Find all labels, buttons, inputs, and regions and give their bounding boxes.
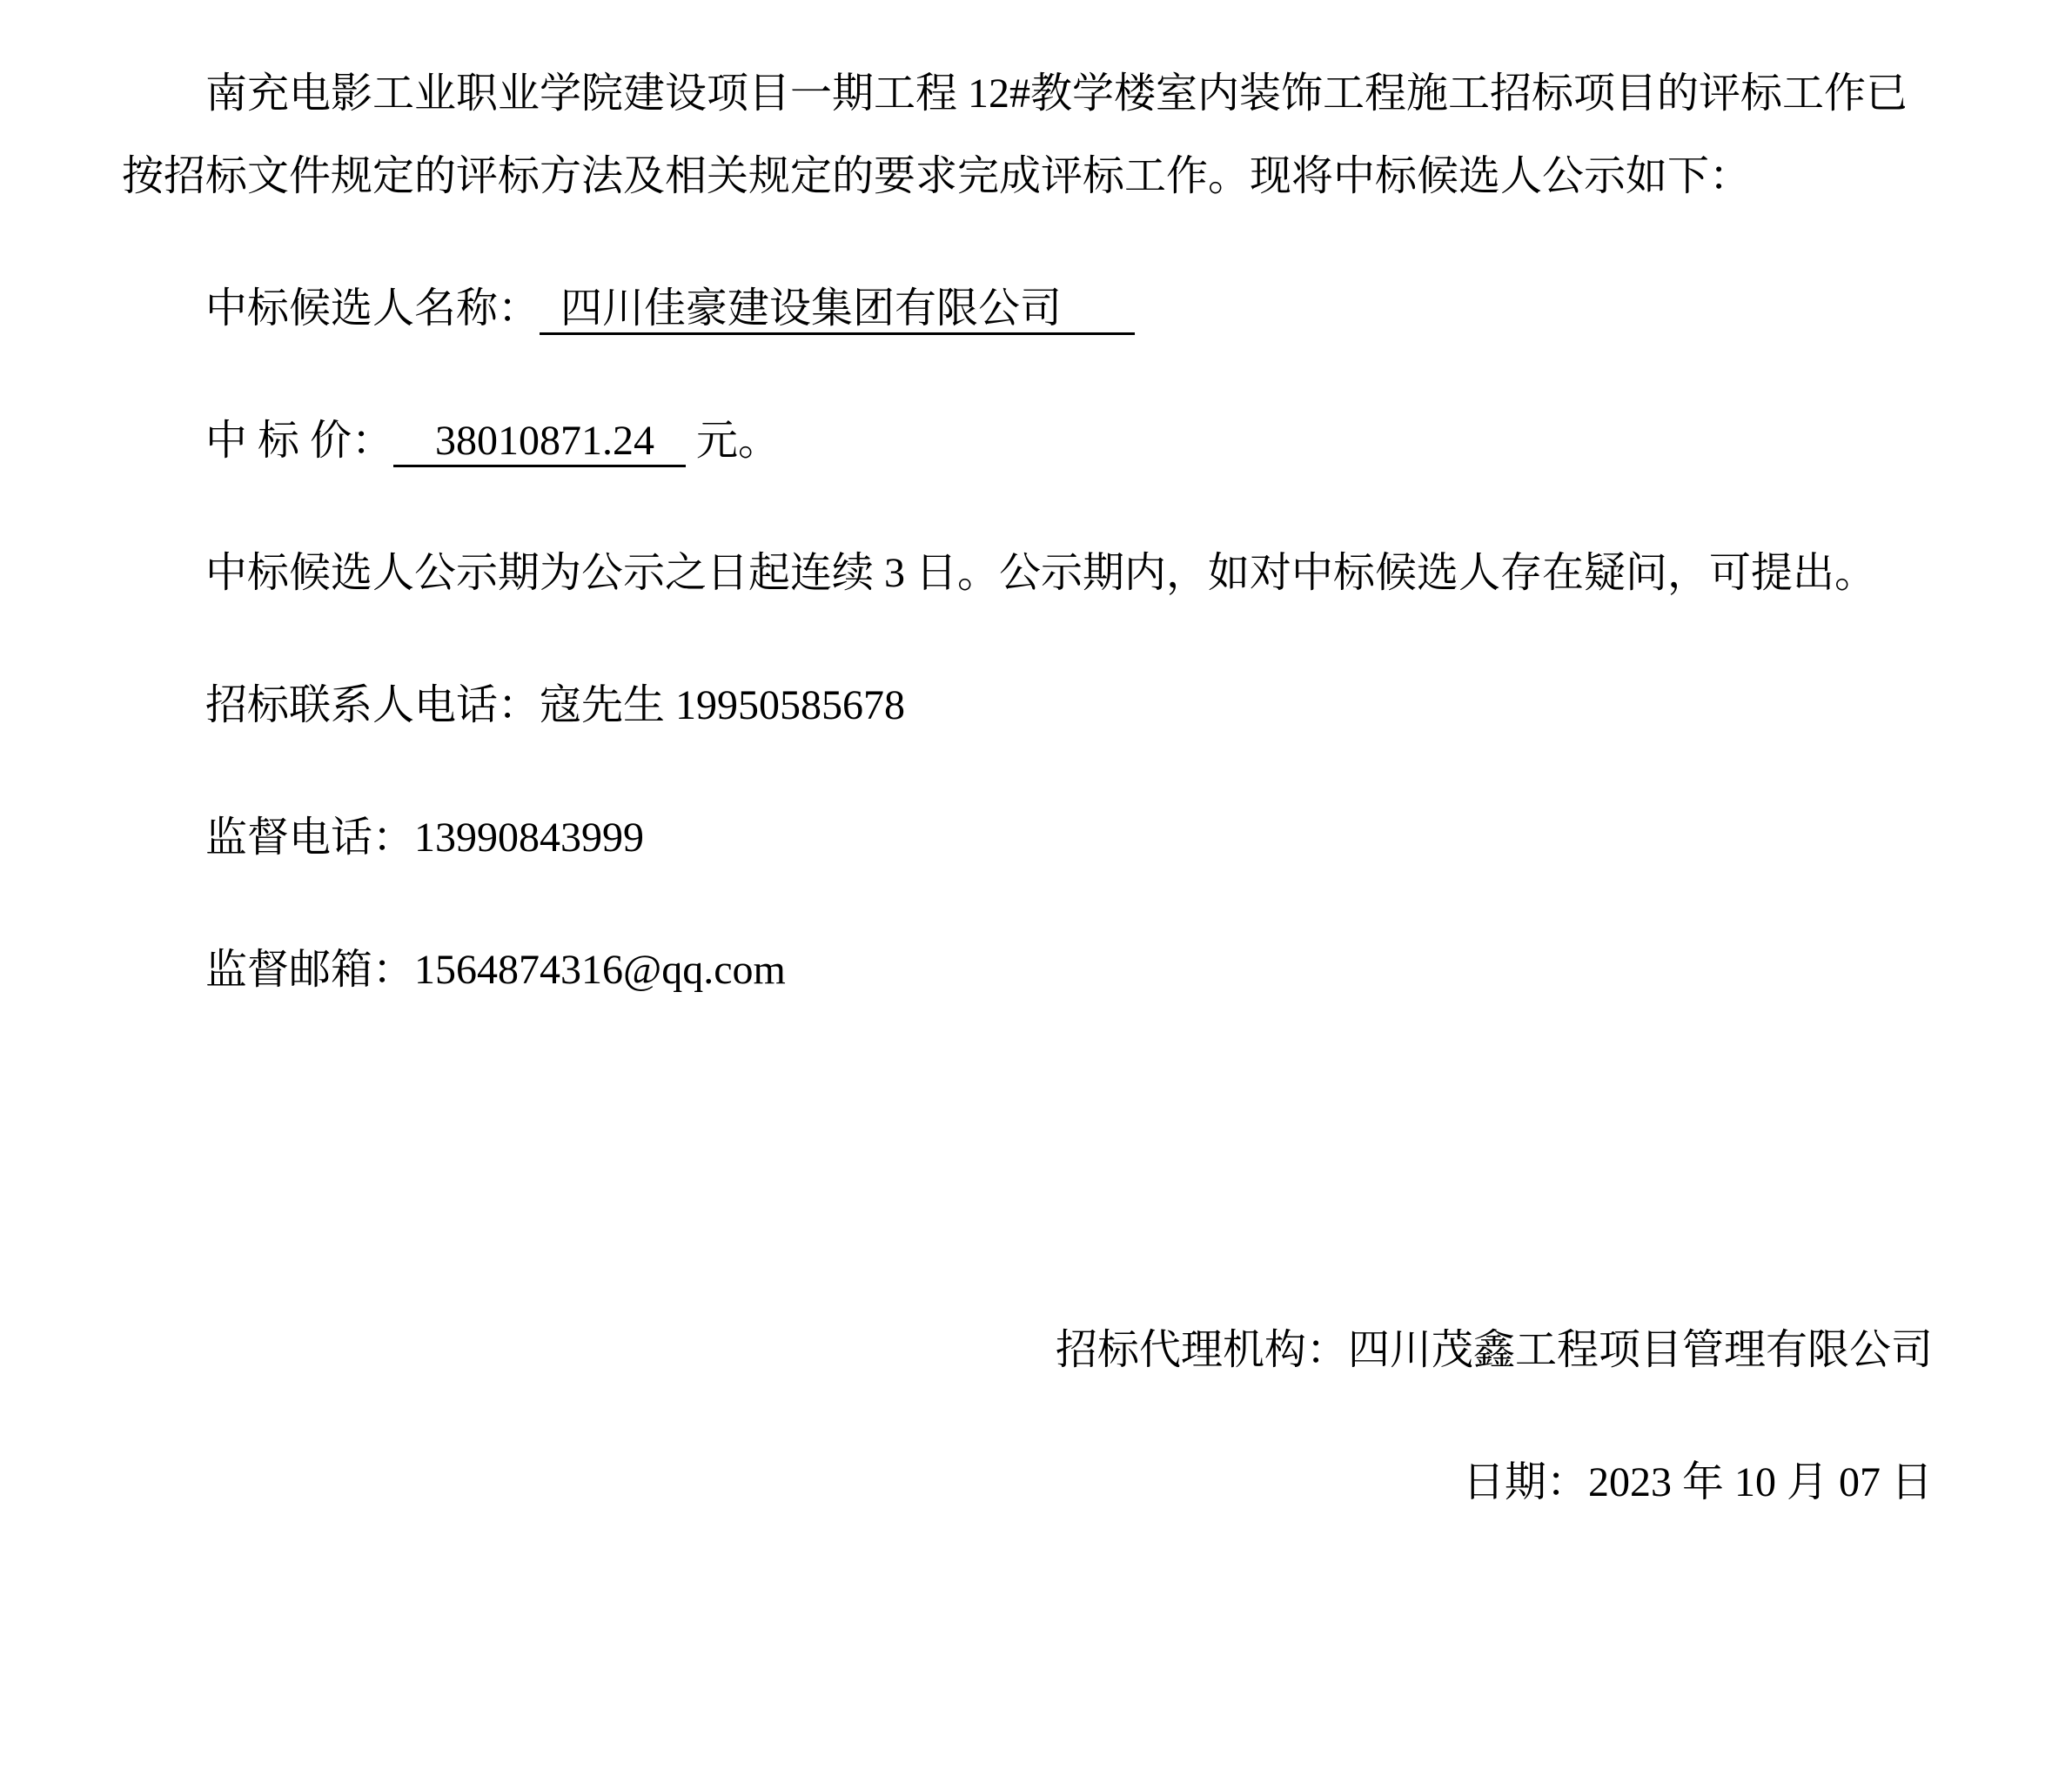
bid-price-label: 中 标 价： [205,418,393,464]
date-line: 日期：2023 年 10 月 07 日 [122,1441,1933,1524]
publicity-period-line: 中标候选人公示期为公示之日起连续 3 日。公示期内，如对中标候选人存在疑问，可提… [122,532,1933,614]
bid-contact-line: 招标联系人电话：寇先生 19950585678 [122,664,1933,747]
document-page: 南充电影工业职业学院建设项目一期工程 12#教学楼室内装饰工程施工招标项目的评标… [0,0,2072,1783]
intro-paragraph: 南充电影工业职业学院建设项目一期工程 12#教学楼室内装饰工程施工招标项目的评标… [122,52,1933,218]
supervision-phone-line: 监督电话：13990843999 [122,796,1933,879]
winner-name-label: 中标候选人名称： [205,285,540,332]
supervision-email-line: 监督邮箱：1564874316@qq.com [122,928,1933,1011]
bid-price-value: 38010871.24 [393,418,686,464]
winner-name-value: 四川佳豪建设集团有限公司 [540,285,1135,332]
agency-line: 招标代理机构：四川茂鑫工程项目管理有限公司 [122,1309,1933,1391]
bid-price-line: 中 标 价： 38010871.24 元。 [122,399,1933,482]
winner-name-line: 中标候选人名称： 四川佳豪建设集团有限公司 [122,267,1933,350]
bid-price-suffix: 元。 [686,418,780,464]
